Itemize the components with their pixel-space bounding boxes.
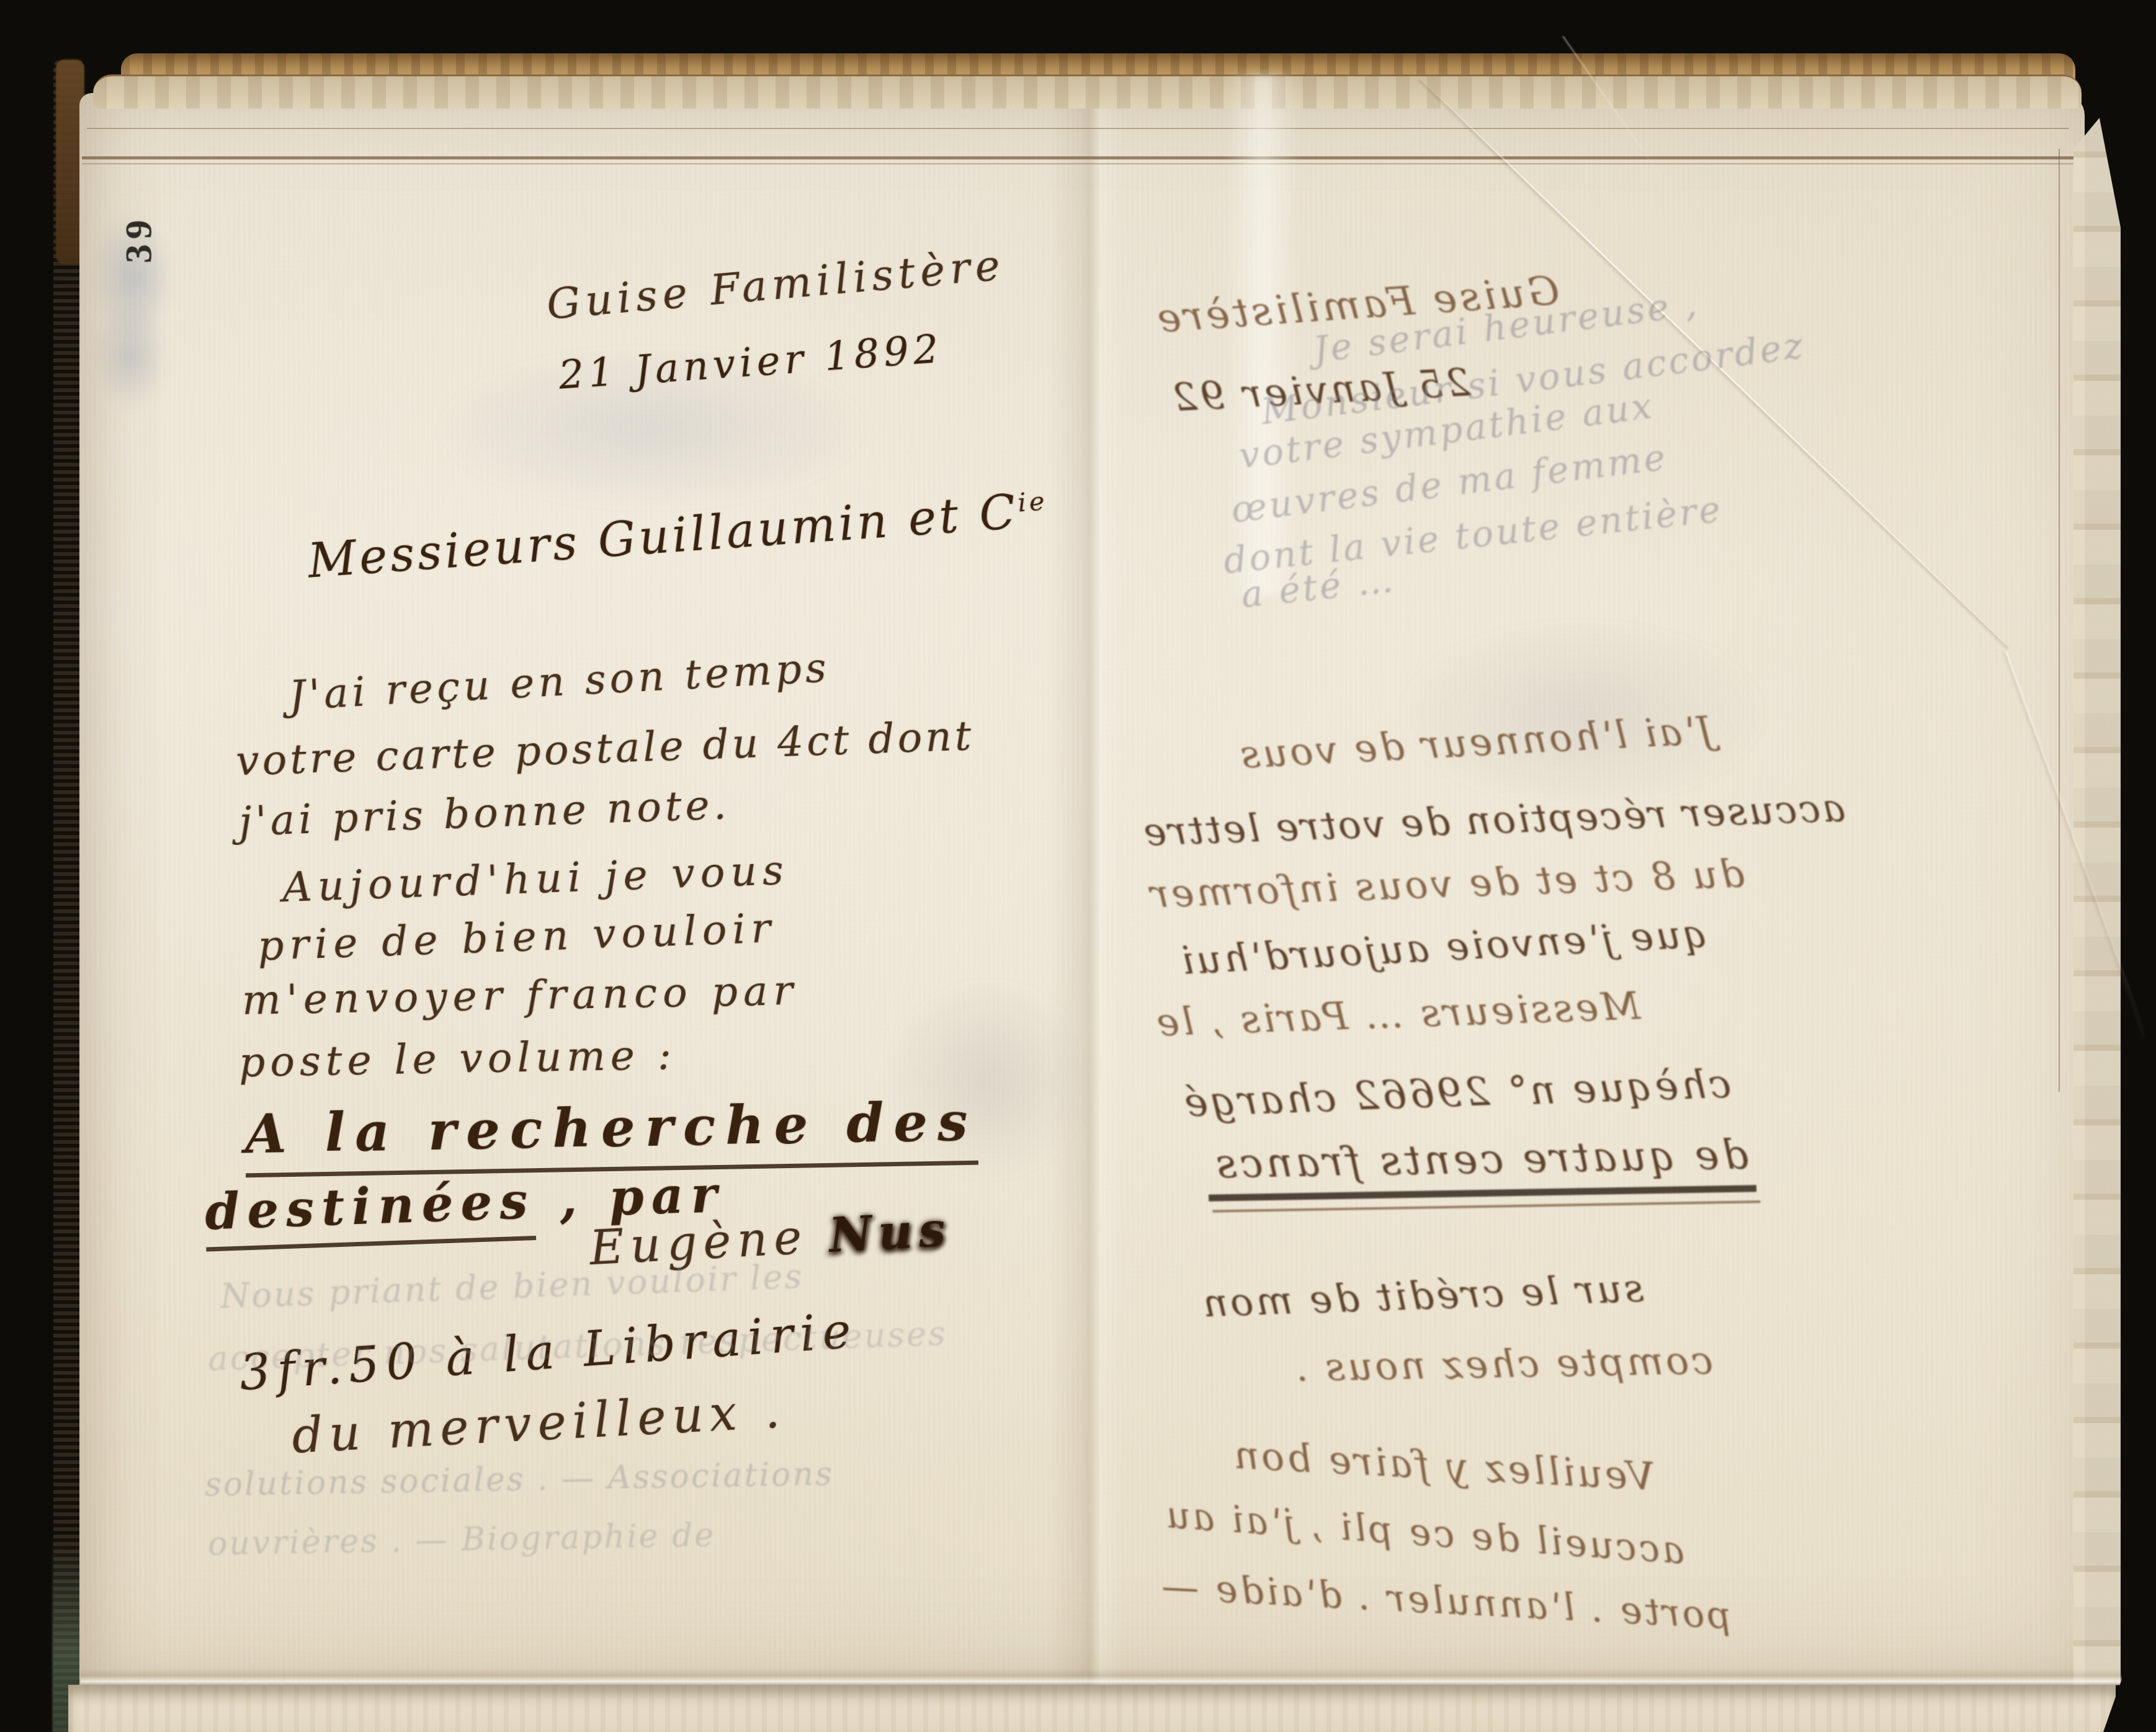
book-spine: [53, 57, 82, 1732]
letter-line: m'envoyer franco par: [241, 966, 798, 1024]
author-last-name-blotted: Nus: [828, 1202, 953, 1263]
ink-ghost-stamp: [93, 301, 168, 409]
book-title-underlined-word: destinées: [204, 1171, 537, 1252]
page-beneath: [68, 1685, 2116, 1732]
page-number-stamp: 39: [104, 197, 174, 280]
bottom-page-fold: [81, 1669, 2122, 1686]
underlying-page-edge-line: [87, 128, 2069, 129]
letterbook-scan: 39 Guise Familistère 21 Janvier 1892 Mes…: [0, 0, 2156, 1732]
underlying-page-edge-line: [82, 163, 2073, 164]
letter-line: poste le volume :: [238, 1031, 676, 1086]
book-title-line: A la recherche des: [244, 1091, 978, 1178]
page-stack-second-edge: [93, 74, 2082, 109]
underlying-page-edge-line: [82, 156, 2073, 159]
bleed-line: compte chez nous .: [1293, 1337, 1713, 1390]
under-sheet-edge-line: [2059, 149, 2060, 1092]
page-number: 39: [117, 215, 161, 263]
salutation-superscript: ie: [1017, 485, 1049, 517]
center-fold-shading: [1049, 93, 1123, 1685]
bleed-line-double-underlined: de quatre cents francs: [1212, 1130, 1748, 1187]
